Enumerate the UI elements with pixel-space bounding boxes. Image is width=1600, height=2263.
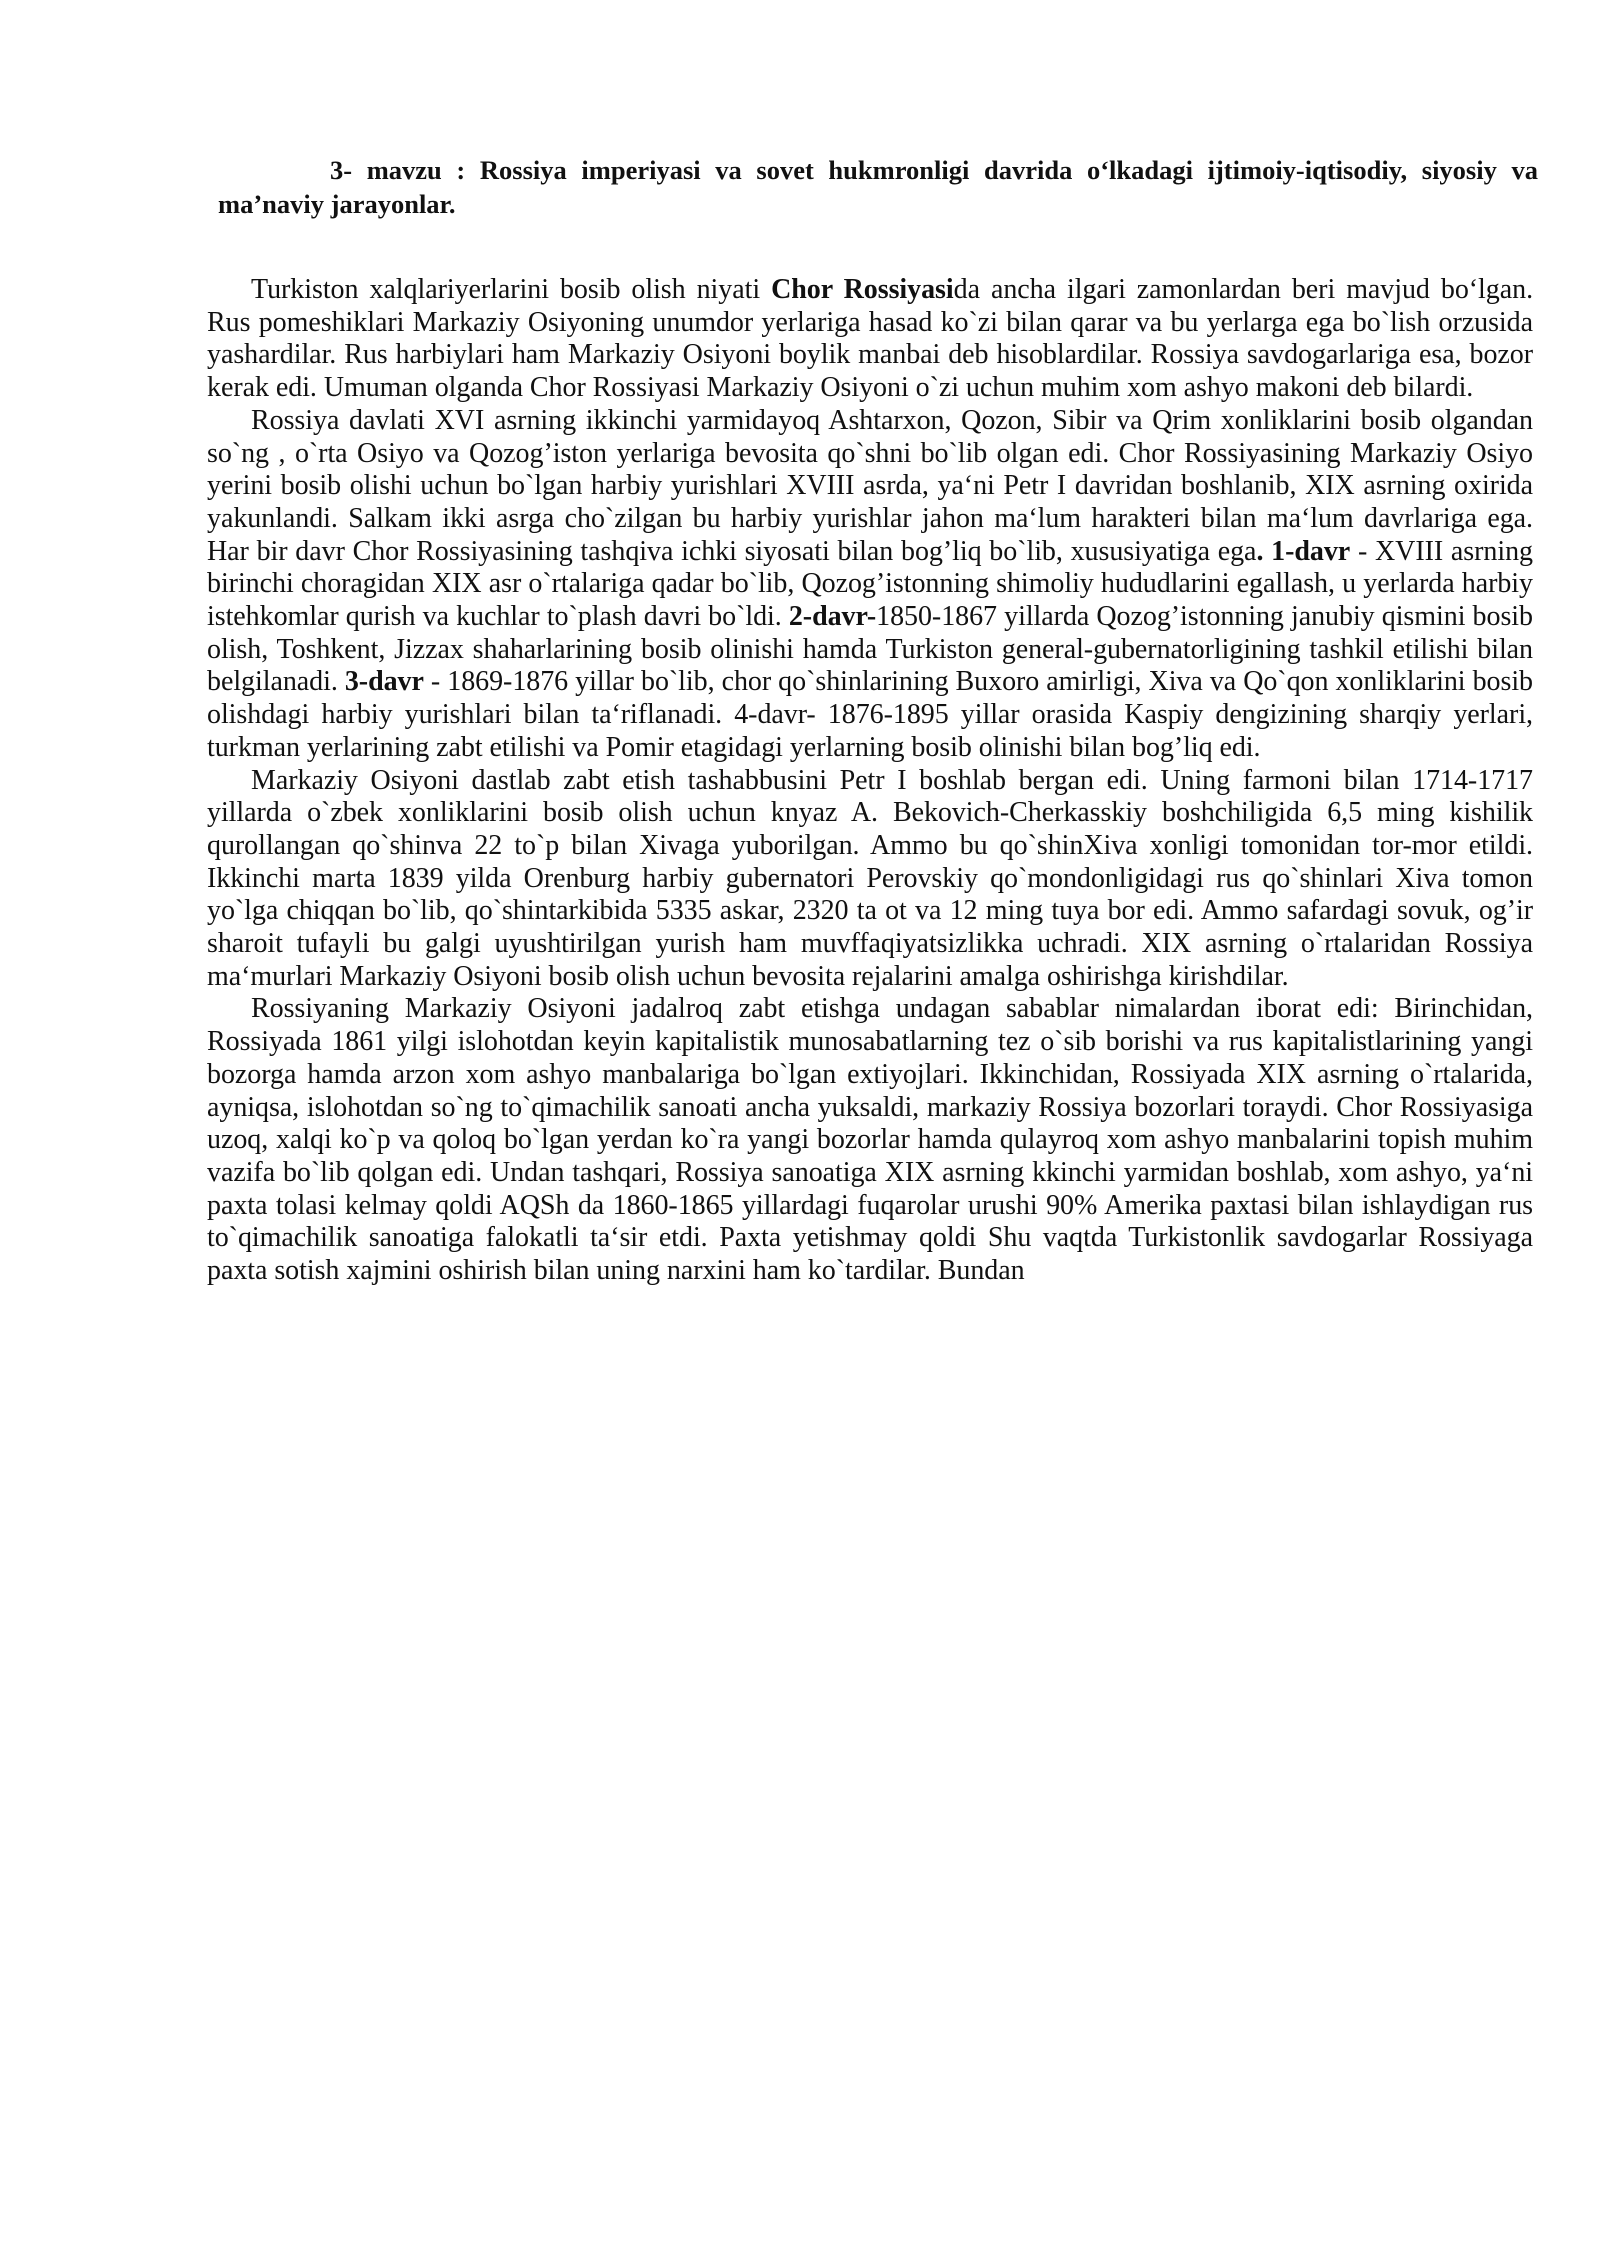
document-title: 3- mavzu : Rossiya imperiyasi va sovet h… [218, 153, 1538, 221]
paragraph-text: Markaziy Osiyoni dastlab zabt etish tash… [207, 765, 1533, 992]
period-1-label: . 1-davr [1256, 536, 1350, 567]
paragraph-text: Rossiyaning Markaziy Osiyoni jadalroq za… [207, 993, 1533, 1286]
paragraph-4: Rossiyaning Markaziy Osiyoni jadalroq za… [207, 993, 1533, 1287]
period-3-label: 3-davr [345, 666, 424, 697]
paragraph-text: Turkiston xalqlariyerlarini bosib olish … [251, 274, 771, 305]
paragraph-1: Turkiston xalqlariyerlarini bosib olish … [207, 274, 1533, 405]
document-body: Turkiston xalqlariyerlarini bosib olish … [207, 274, 1533, 1288]
period-2-label: 2-davr- [789, 601, 876, 632]
paragraph-3: Markaziy Osiyoni dastlab zabt etish tash… [207, 765, 1533, 994]
paragraph-2: Rossiya davlati XVI asrning ikkinchi yar… [207, 405, 1533, 765]
bold-term: Chor Rossiyasi [771, 274, 954, 305]
